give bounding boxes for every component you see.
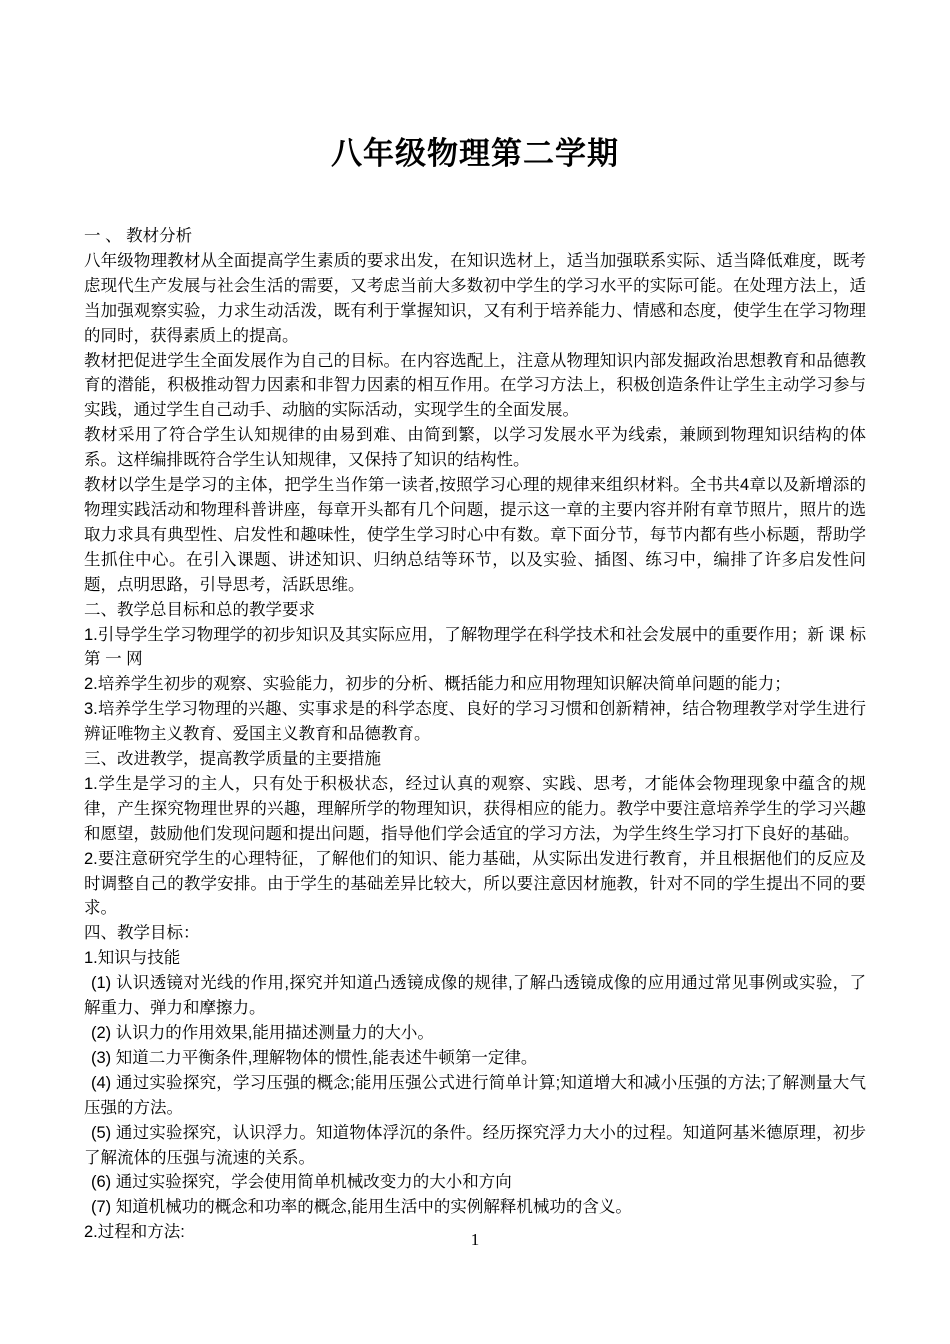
document-title: 八年级物理第二学期 [0,0,950,172]
list-item: 2.培养学生初步的观察、实验能力，初步的分析、概括能力和应用物理知识解决简单问题… [84,672,866,697]
paragraph: 教材以学生是学习的主体，把学生当作第一读者,按照学习心理的规律来组织材料。全书共… [84,473,866,598]
section-heading: 四、教学目标： [84,921,866,946]
page-number: 1 [0,1230,950,1250]
list-item: (6) 通过实验探究，学会使用简单机械改变力的大小和方向 [84,1170,866,1195]
paragraph: 教材采用了符合学生认知规律的由易到难、由简到繁，以学习发展水平为线索，兼顾到物理… [84,423,866,473]
document-page: 八年级物理第二学期 一 、 教材分析 八年级物理教材从全面提高学生素质的要求出发… [0,0,950,1344]
list-item: (1) 认识透镜对光线的作用,探究并知道凸透镜成像的规律,了解凸透镜成像的应用通… [84,971,866,1021]
section-heading: 一 、 教材分析 [84,224,866,249]
paragraph: 教材把促进学生全面发展作为自己的目标。在内容选配上，注意从物理知识内部发掘政治思… [84,349,866,424]
list-item: 2.要注意研究学生的心理特征，了解他们的知识、能力基础，从实际出发进行教育，并且… [84,847,866,922]
list-item: 1.学生是学习的主人，只有处于积极状态，经过认真的观察、实践、思考，才能体会物理… [84,772,866,847]
paragraph: 八年级物理教材从全面提高学生素质的要求出发，在知识选材上，适当加强联系实际、适当… [84,249,866,349]
list-item: (3) 知道二力平衡条件,理解物体的惯性,能表述牛顿第一定律。 [84,1046,866,1071]
list-item: (4) 通过实验探究，学习压强的概念;能用压强公式进行简单计算;知道增大和减小压… [84,1071,866,1121]
section-heading: 三、改进教学，提高教学质量的主要措施 [84,747,866,772]
section-heading: 二、教学总目标和总的教学要求 [84,598,866,623]
list-item: 1.引导学生学习物理学的初步知识及其实际应用，了解物理学在科学技术和社会发展中的… [84,623,866,673]
list-item: (2) 认识力的作用效果,能用描述测量力的大小。 [84,1021,866,1046]
list-item: (5) 通过实验探究，认识浮力。知道物体浮沉的条件。经历探究浮力大小的过程。知道… [84,1121,866,1171]
subsection-heading: 1.知识与技能 [84,946,866,971]
list-item: (7) 知道机械功的概念和功率的概念,能用生活中的实例解释机械功的含义。 [84,1195,866,1220]
document-body: 一 、 教材分析 八年级物理教材从全面提高学生素质的要求出发，在知识选材上，适当… [84,224,866,1245]
list-item: 3.培养学生学习物理的兴趣、实事求是的科学态度、良好的学习习惯和创新精神，结合物… [84,697,866,747]
